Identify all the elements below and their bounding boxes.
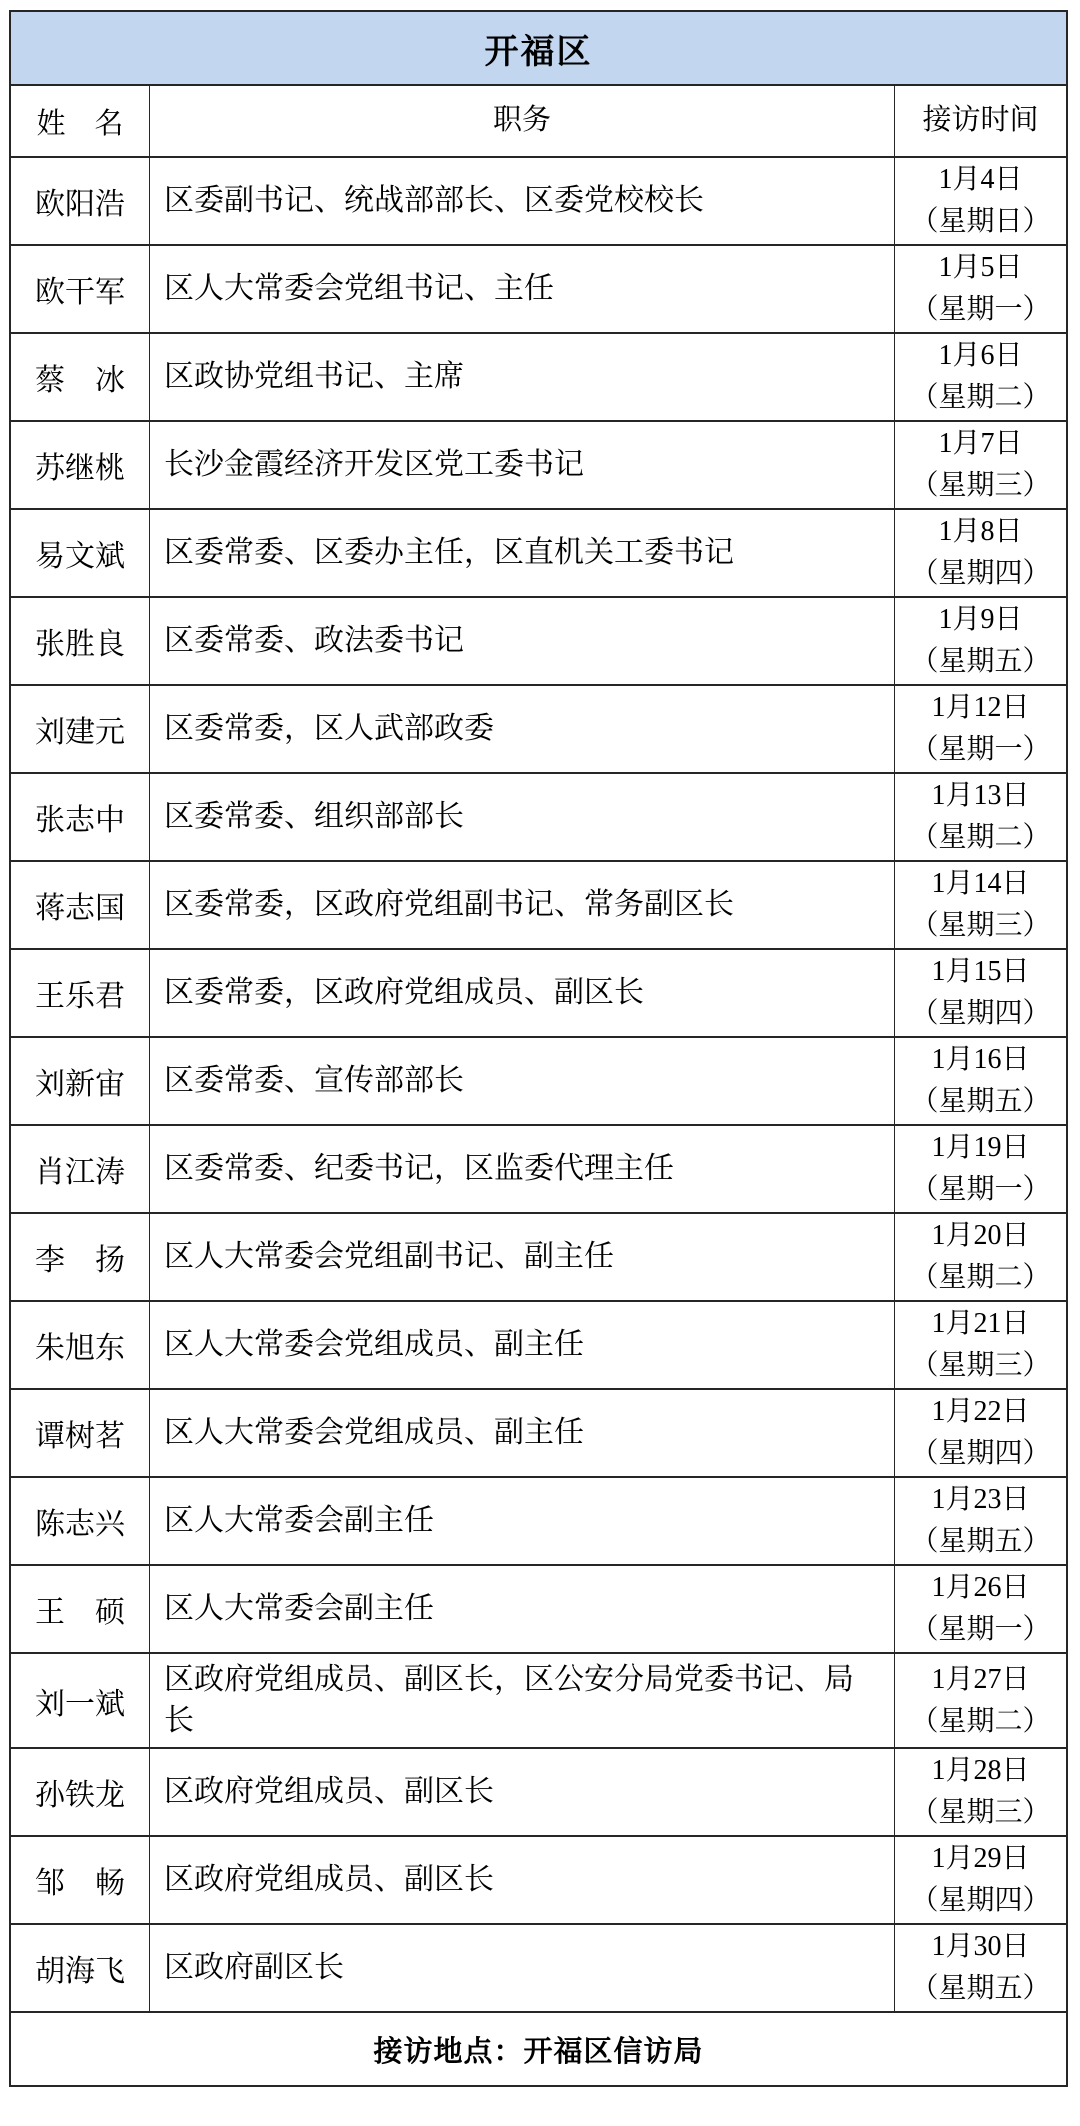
table-row: 苏继桃长沙金霞经济开发区党工委书记1月7日（星期三） <box>11 422 1066 510</box>
time-cell: 1月9日（星期五） <box>895 598 1066 684</box>
visit-date: 1月22日 <box>931 1391 1029 1433</box>
time-cell: 1月21日（星期三） <box>895 1302 1066 1388</box>
position-cell: 区人大常委会副主任 <box>150 1566 895 1652</box>
visit-weekday: （星期三） <box>910 1792 1050 1834</box>
name-cell: 刘建元 <box>11 686 150 772</box>
time-cell: 1月20日（星期二） <box>895 1214 1066 1300</box>
name-cell: 孙铁龙 <box>11 1749 150 1835</box>
name-cell: 王乐君 <box>11 950 150 1036</box>
table-row: 张志中区委常委、组织部部长1月13日（星期二） <box>11 774 1066 862</box>
name-cell: 朱旭东 <box>11 1302 150 1388</box>
position-cell: 长沙金霞经济开发区党工委书记 <box>150 422 895 508</box>
column-header-name: 姓 名 <box>11 86 150 156</box>
visit-weekday: （星期五） <box>910 641 1050 683</box>
time-cell: 1月30日（星期五） <box>895 1925 1066 2011</box>
name-cell: 欧阳浩 <box>11 158 150 244</box>
visit-date: 1月16日 <box>931 1039 1029 1081</box>
table-row: 王 硕区人大常委会副主任1月26日（星期一） <box>11 1566 1066 1654</box>
visit-weekday: （星期二） <box>910 1257 1050 1299</box>
name-cell: 肖江涛 <box>11 1126 150 1212</box>
position-cell: 区委常委、政法委书记 <box>150 598 895 684</box>
name-cell: 刘新宙 <box>11 1038 150 1124</box>
reception-location: 接访地点：开福区信访局 <box>373 2029 703 2070</box>
table-row: 陈志兴区人大常委会副主任1月23日（星期五） <box>11 1478 1066 1566</box>
visit-weekday: （星期二） <box>910 1701 1050 1743</box>
column-header-time: 接访时间 <box>895 86 1066 156</box>
time-cell: 1月12日（星期一） <box>895 686 1066 772</box>
visit-date: 1月21日 <box>931 1303 1029 1345</box>
visit-date: 1月26日 <box>931 1567 1029 1609</box>
table-row: 易文斌区委常委、区委办主任，区直机关工委书记1月8日（星期四） <box>11 510 1066 598</box>
visit-weekday: （星期四） <box>910 993 1050 1035</box>
visit-weekday: （星期日） <box>910 201 1050 243</box>
visit-date: 1月9日 <box>938 599 1022 641</box>
visit-weekday: （星期三） <box>910 465 1050 507</box>
table-row: 欧阳浩区委副书记、统战部部长、区委党校校长1月4日（星期日） <box>11 158 1066 246</box>
visit-date: 1月20日 <box>931 1215 1029 1257</box>
visit-date: 1月4日 <box>938 159 1022 201</box>
visit-date: 1月28日 <box>931 1750 1029 1792</box>
name-cell: 欧干军 <box>11 246 150 332</box>
visit-weekday: （星期五） <box>910 1081 1050 1123</box>
table-row: 欧干军区人大常委会党组书记、主任1月5日（星期一） <box>11 246 1066 334</box>
visit-weekday: （星期一） <box>910 1169 1050 1211</box>
name-cell: 蔡 冰 <box>11 334 150 420</box>
time-cell: 1月15日（星期四） <box>895 950 1066 1036</box>
column-header-position: 职务 <box>150 86 895 156</box>
visit-weekday: （星期三） <box>910 1345 1050 1387</box>
name-cell: 邹 畅 <box>11 1837 150 1923</box>
visit-date: 1月19日 <box>931 1127 1029 1169</box>
table-row: 邹 畅区政府党组成员、副区长1月29日（星期四） <box>11 1837 1066 1925</box>
time-cell: 1月5日（星期一） <box>895 246 1066 332</box>
name-cell: 张志中 <box>11 774 150 860</box>
visit-weekday: （星期四） <box>910 553 1050 595</box>
name-cell: 李 扬 <box>11 1214 150 1300</box>
position-cell: 区委常委，区政府党组副书记、常务副区长 <box>150 862 895 948</box>
visit-date: 1月5日 <box>938 247 1022 289</box>
time-cell: 1月4日（星期日） <box>895 158 1066 244</box>
visit-date: 1月8日 <box>938 511 1022 553</box>
name-cell: 王 硕 <box>11 1566 150 1652</box>
position-cell: 区委常委，区人武部政委 <box>150 686 895 772</box>
table-row: 张胜良区委常委、政法委书记1月9日（星期五） <box>11 598 1066 686</box>
table-row: 孙铁龙区政府党组成员、副区长1月28日（星期三） <box>11 1749 1066 1837</box>
visit-weekday: （星期一） <box>910 729 1050 771</box>
visit-date: 1月23日 <box>931 1479 1029 1521</box>
name-cell: 蒋志国 <box>11 862 150 948</box>
visit-weekday: （星期四） <box>910 1880 1050 1922</box>
page: 开福区 姓 名 职务 接访时间 欧阳浩区委副书记、统战部部长、区委党校校长1月4… <box>0 0 1080 2126</box>
table-row: 胡海飞区政府副区长1月30日（星期五） <box>11 1925 1066 2013</box>
table-row: 王乐君区委常委，区政府党组成员、副区长1月15日（星期四） <box>11 950 1066 1038</box>
name-cell: 张胜良 <box>11 598 150 684</box>
table-body: 欧阳浩区委副书记、统战部部长、区委党校校长1月4日（星期日）欧干军区人大常委会党… <box>11 158 1066 2013</box>
visit-weekday: （星期三） <box>910 905 1050 947</box>
position-cell: 区人大常委会党组成员、副主任 <box>150 1302 895 1388</box>
name-cell: 苏继桃 <box>11 422 150 508</box>
name-cell: 陈志兴 <box>11 1478 150 1564</box>
position-cell: 区政府副区长 <box>150 1925 895 2011</box>
position-cell: 区委常委、区委办主任，区直机关工委书记 <box>150 510 895 596</box>
position-cell: 区政府党组成员、副区长 <box>150 1749 895 1835</box>
visit-weekday: （星期一） <box>910 289 1050 331</box>
time-cell: 1月7日（星期三） <box>895 422 1066 508</box>
visit-date: 1月7日 <box>938 423 1022 465</box>
table-row: 刘一斌区政府党组成员、副区长，区公安分局党委书记、局长1月27日（星期二） <box>11 1654 1066 1749</box>
table-footer-row: 接访地点：开福区信访局 <box>11 2013 1066 2085</box>
table-row: 刘新宙区委常委、宣传部部长1月16日（星期五） <box>11 1038 1066 1126</box>
table-row: 谭树茗区人大常委会党组成员、副主任1月22日（星期四） <box>11 1390 1066 1478</box>
visit-weekday: （星期五） <box>910 1968 1050 2010</box>
time-cell: 1月26日（星期一） <box>895 1566 1066 1652</box>
table-header-row: 姓 名 职务 接访时间 <box>11 86 1066 158</box>
time-cell: 1月22日（星期四） <box>895 1390 1066 1476</box>
position-cell: 区人大常委会党组副书记、副主任 <box>150 1214 895 1300</box>
position-cell: 区委常委、组织部部长 <box>150 774 895 860</box>
visit-weekday: （星期二） <box>910 817 1050 859</box>
time-cell: 1月6日（星期二） <box>895 334 1066 420</box>
table-row: 蒋志国区委常委，区政府党组副书记、常务副区长1月14日（星期三） <box>11 862 1066 950</box>
table-row: 肖江涛区委常委、纪委书记，区监委代理主任1月19日（星期一） <box>11 1126 1066 1214</box>
position-cell: 区人大常委会党组书记、主任 <box>150 246 895 332</box>
district-title: 开福区 <box>485 24 593 73</box>
table-row: 李 扬区人大常委会党组副书记、副主任1月20日（星期二） <box>11 1214 1066 1302</box>
reception-schedule-table: 开福区 姓 名 职务 接访时间 欧阳浩区委副书记、统战部部长、区委党校校长1月4… <box>9 10 1068 2087</box>
table-row: 朱旭东区人大常委会党组成员、副主任1月21日（星期三） <box>11 1302 1066 1390</box>
position-cell: 区政府党组成员、副区长，区公安分局党委书记、局长 <box>150 1654 895 1747</box>
visit-date: 1月29日 <box>931 1838 1029 1880</box>
visit-date: 1月12日 <box>931 687 1029 729</box>
position-cell: 区委副书记、统战部部长、区委党校校长 <box>150 158 895 244</box>
name-cell: 易文斌 <box>11 510 150 596</box>
position-cell: 区政协党组书记、主席 <box>150 334 895 420</box>
time-cell: 1月23日（星期五） <box>895 1478 1066 1564</box>
visit-date: 1月27日 <box>931 1659 1029 1701</box>
time-cell: 1月16日（星期五） <box>895 1038 1066 1124</box>
time-cell: 1月13日（星期二） <box>895 774 1066 860</box>
table-row: 刘建元区委常委，区人武部政委1月12日（星期一） <box>11 686 1066 774</box>
position-cell: 区委常委，区政府党组成员、副区长 <box>150 950 895 1036</box>
position-cell: 区人大常委会党组成员、副主任 <box>150 1390 895 1476</box>
visit-date: 1月14日 <box>931 863 1029 905</box>
visit-date: 1月6日 <box>938 335 1022 377</box>
visit-weekday: （星期一） <box>910 1609 1050 1651</box>
name-cell: 谭树茗 <box>11 1390 150 1476</box>
time-cell: 1月8日（星期四） <box>895 510 1066 596</box>
time-cell: 1月28日（星期三） <box>895 1749 1066 1835</box>
position-cell: 区委常委、纪委书记，区监委代理主任 <box>150 1126 895 1212</box>
time-cell: 1月29日（星期四） <box>895 1837 1066 1923</box>
time-cell: 1月27日（星期二） <box>895 1654 1066 1747</box>
position-cell: 区政府党组成员、副区长 <box>150 1837 895 1923</box>
name-cell: 刘一斌 <box>11 1654 150 1747</box>
visit-weekday: （星期二） <box>910 377 1050 419</box>
table-title-row: 开福区 <box>11 12 1066 86</box>
visit-date: 1月15日 <box>931 951 1029 993</box>
visit-date: 1月30日 <box>931 1926 1029 1968</box>
position-cell: 区委常委、宣传部部长 <box>150 1038 895 1124</box>
visit-weekday: （星期五） <box>910 1521 1050 1563</box>
time-cell: 1月19日（星期一） <box>895 1126 1066 1212</box>
table-row: 蔡 冰区政协党组书记、主席1月6日（星期二） <box>11 334 1066 422</box>
time-cell: 1月14日（星期三） <box>895 862 1066 948</box>
visit-date: 1月13日 <box>931 775 1029 817</box>
visit-weekday: （星期四） <box>910 1433 1050 1475</box>
name-cell: 胡海飞 <box>11 1925 150 2011</box>
position-cell: 区人大常委会副主任 <box>150 1478 895 1564</box>
